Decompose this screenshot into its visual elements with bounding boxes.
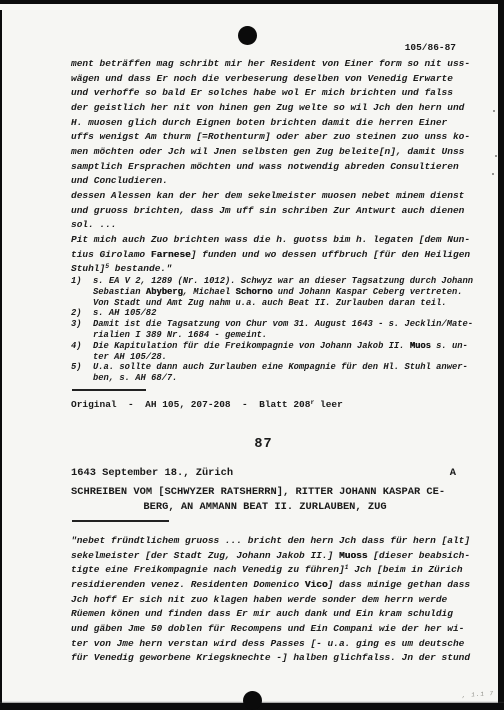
source-line: Original - AH 105, 207-208 - Blatt 208r … [71,398,343,411]
scan-speck [495,155,497,157]
entry86-footnotes: 1) s. EA V 2, 1289 (Nr. 1012). Schwyz wa… [71,276,483,384]
footnote-number: 3) [71,319,93,330]
punch-hole-bottom-icon [243,691,262,710]
footnote-text: s. EA V 2, 1289 (Nr. 1012). Schwyz war a… [93,276,483,308]
handwritten-margin-mark: , 1.1 7 [462,690,495,699]
footnote: 2) s. AH 105/82 [71,308,483,319]
footnote-text: Die Kapitulation für die Freikompagnie v… [93,341,483,363]
entry86-quote-text: ment beträffen mag schribt mir her Resid… [71,57,470,277]
entry87-siglum: A [450,467,456,480]
footnote: 5) U.a. sollte dann auch Zurlauben eine … [71,362,483,384]
footnote-number: 1) [71,276,93,287]
footnote: 1) s. EA V 2, 1289 (Nr. 1012). Schwyz wa… [71,276,483,308]
scan-border-top [0,0,504,4]
page-ref: 105/86-87 [71,42,456,53]
title-separator-rule [72,520,169,522]
footnote: 4) Die Kapitulation für die Freikompagni… [71,341,483,363]
footnote: 3) Damit ist die Tagsatzung von Chur vom… [71,319,483,341]
footnote-text: s. AH 105/82 [93,308,483,319]
footnote-number: 5) [71,362,93,373]
footnote-text: U.a. sollte dann auch Zurlauben eine Kom… [93,362,483,384]
entry87-date: 1643 September 18., Zürich [71,467,233,480]
scan-speck [493,110,495,112]
footnote-separator-rule [72,389,146,391]
footnote-number: 2) [71,308,93,319]
footnote-text: Damit ist die Tagsatzung von Chur vom 31… [93,319,483,341]
entry87-title: SCHREIBEN VOM [SCHWYZER RATSHERRN], RITT… [71,485,459,515]
footnote-number: 4) [71,341,93,352]
scan-speck [492,173,494,175]
scan-border-right [498,0,504,710]
entry87-date-row: 1643 September 18., Zürich A [71,467,456,480]
entry87-quote-text: "nebet fründtlichem gruoss ... bricht de… [71,534,470,666]
entry87-number: 87 [71,437,456,452]
scan-border-left [0,10,2,710]
scanned-document-page: 105/86-87 ment beträffen mag schribt mir… [0,0,504,710]
